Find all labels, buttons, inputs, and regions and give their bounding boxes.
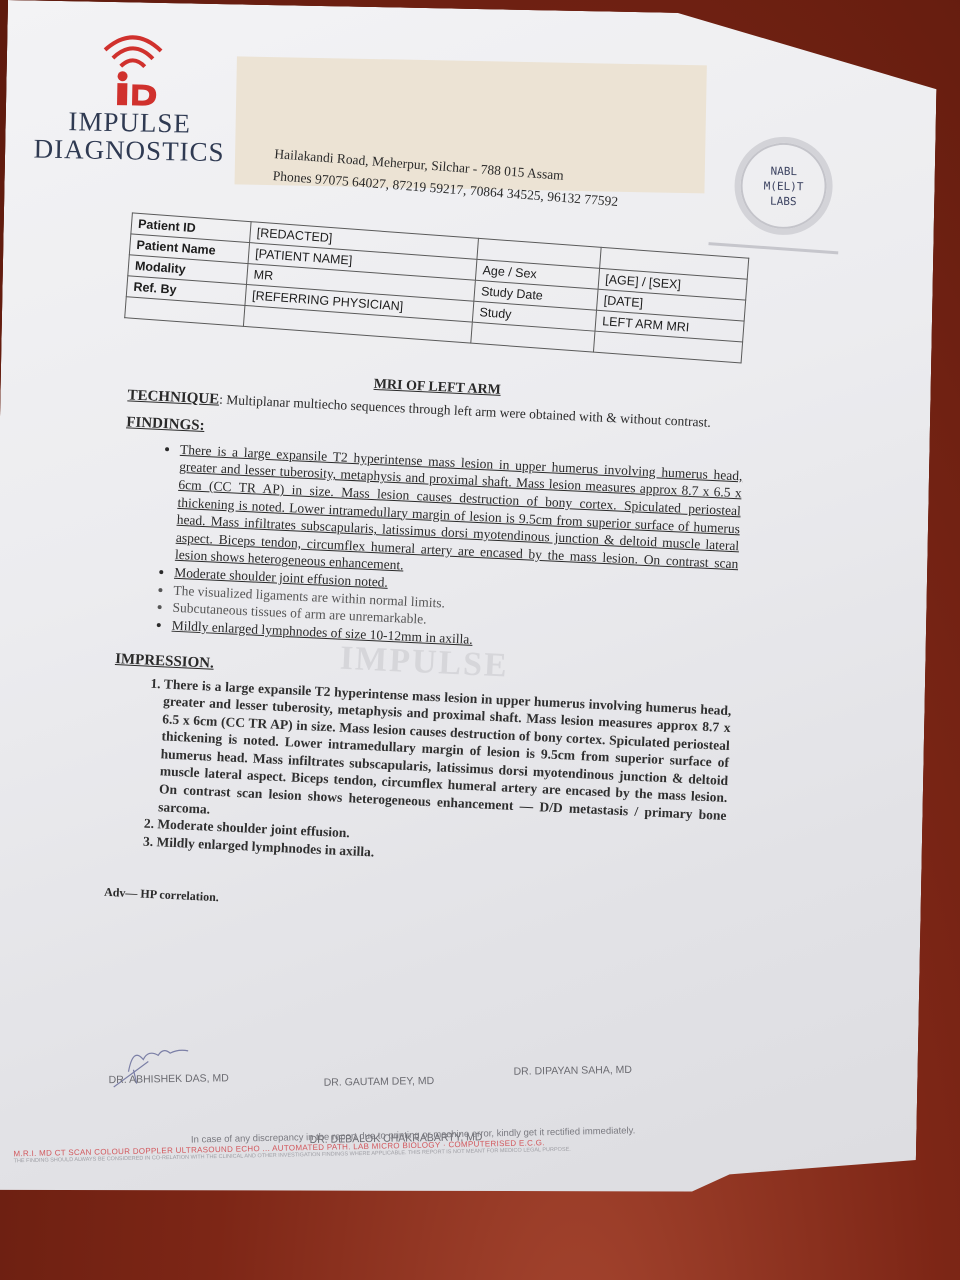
logo-mark (20, 26, 241, 110)
findings-list: There is a large expansile T2 hyperinten… (116, 438, 742, 660)
nabl-line-2: M(EL)T (740, 178, 826, 195)
signatory-1: DR. ABHISHEK DAS, MD (109, 1072, 229, 1086)
signatory-2: DR. GAUTAM DEY, MD (324, 1075, 435, 1089)
nabl-seal-icon: NABL M(EL)T LABS (734, 136, 834, 236)
impression-list: There is a large expansile T2 hyperinten… (106, 673, 732, 878)
technique-label: TECHNIQUE (127, 387, 219, 407)
clinic-logo: IMPULSE DIAGNOSTICS (19, 26, 242, 166)
clinic-name-line2: DIAGNOSTICS (19, 134, 239, 166)
list-item: There is a large expansile T2 hyperinten… (158, 675, 732, 842)
nabl-caption (708, 242, 838, 254)
report-page: IMPULSE DIAGNOSTICS Hailakandi Road, Meh… (0, 0, 938, 1208)
report-body: MRI OF LEFT ARM TECHNIQUE: Multiplanar m… (104, 364, 747, 931)
wireless-signal-icon (92, 28, 174, 110)
advice-note: Adv— HP correlation. (104, 884, 722, 931)
signatory-3: DR. DIPAYAN SAHA, MD (513, 1064, 632, 1078)
patient-info-table: Patient ID [REDACTED] Patient Name [PATI… (124, 212, 749, 363)
signatories: DR. ABHISHEK DAS, MD DR. GAUTAM DEY, MD … (108, 1033, 668, 1042)
nabl-line-3: LABS (740, 193, 826, 210)
nabl-line-1: NABL (741, 163, 827, 180)
report-footer: In case of any discrepancy in the report… (13, 1123, 753, 1164)
